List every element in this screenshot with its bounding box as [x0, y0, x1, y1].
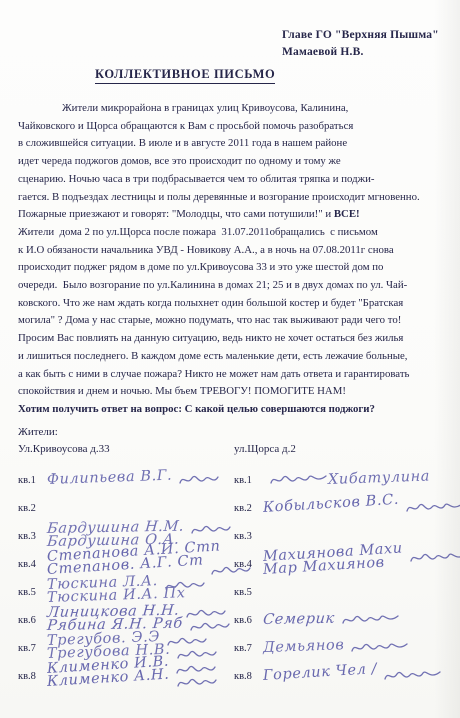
apartment-label: кв.3 — [18, 531, 45, 542]
apartment-label: кв.1 — [234, 475, 261, 486]
signature-scribble — [177, 647, 221, 663]
column-header-schorsa: ул.Щорса д.2 — [234, 443, 450, 455]
signature-entry: Семерик — [263, 614, 400, 627]
apartment-label: кв.4 — [18, 559, 45, 570]
handwritten-signatures: Хибатулина — [263, 474, 430, 487]
signature-scribble — [342, 612, 400, 628]
signature-row: кв.1Филипьева В.Г. — [18, 466, 234, 494]
apartment-label: кв.2 — [234, 503, 261, 514]
handwritten-signatures: Кобыльсков В.С. — [263, 502, 460, 515]
letter-body: Жители микрорайона в границах улиц Криво… — [18, 100, 454, 419]
body-line-segment: Пожарные приезжают и говорят: "Молодцы, … — [18, 208, 334, 220]
letter-title: КОЛЛЕКТИВНОЕ ПИСЬМО — [95, 67, 275, 84]
body-line: могила" ? Дома у нас старые, можно подум… — [18, 312, 454, 330]
apartment-label: кв.6 — [234, 615, 261, 626]
body-line: происходит поджег рядом в доме по ул.Кри… — [18, 259, 454, 277]
signature-entry: Кобыльсков В.С. — [263, 502, 460, 515]
signature-row: кв.7Демьянов — [234, 634, 450, 662]
body-line: гается. В подъездах лестницы и полы дере… — [18, 189, 454, 207]
apartment-label: кв.5 — [18, 587, 45, 598]
apartment-label: кв.8 — [18, 671, 45, 682]
apartment-label: кв.6 — [18, 615, 45, 626]
body-line: очереди. Было возгорание по ул.Калинина … — [18, 277, 454, 295]
apartment-label: кв.4 — [234, 559, 261, 570]
body-line: в сложившейся ситуации. В июле и в авгус… — [18, 135, 454, 153]
signature-row: кв.2 — [18, 494, 234, 522]
body-line: Жители микрорайона в границах улиц Криво… — [18, 100, 454, 118]
signature-row: кв.6Семерик — [234, 606, 450, 634]
handwritten-signatures: Семерик — [263, 614, 400, 627]
signature-row: кв.1Хибатулина — [234, 466, 450, 494]
body-line: Просим Вас повлиять на данную ситуацию, … — [18, 330, 454, 348]
signature-rows-krivousova: кв.1Филипьева В.Г.кв.2кв.3Бардушина Н.М.… — [18, 466, 234, 690]
handwritten-name: Филипьева В.Г. — [47, 469, 173, 486]
signature-entry: Клименко А.Н. — [47, 676, 221, 689]
signature-rows-schorsa: кв.1Хибатулинакв.2Кобыльсков В.С.кв.3кв.… — [234, 466, 450, 690]
handwritten-name: Демьянов — [263, 639, 345, 655]
signature-scribble — [270, 472, 328, 488]
apartment-label: кв.2 — [18, 503, 45, 514]
residents-label: Жители: — [18, 426, 58, 438]
signature-column-0: Ул.Кривоусова д.33 кв.1Филипьева В.Г.кв.… — [18, 443, 234, 690]
signature-row: кв.4Махиянова МахиМар Махиянов — [234, 550, 450, 578]
scanned-letter-page: Главе ГО "Верхняя Пышма" Мамаевой Н.В. К… — [0, 0, 460, 718]
signature-scribble — [384, 668, 442, 684]
handwritten-signatures: Филипьева В.Г. — [47, 474, 223, 487]
signature-column-1: ул.Щорса д.2 кв.1Хибатулинакв.2Кобыльско… — [234, 443, 450, 690]
signature-scribble — [351, 640, 409, 656]
handwritten-name: Семерик — [262, 612, 335, 626]
recipient-line-1: Главе ГО "Верхняя Пышма" — [282, 27, 439, 44]
signature-row: кв.5 — [234, 578, 450, 606]
handwritten-name: Кобыльсков В.С. — [263, 493, 400, 514]
apartment-label: кв.3 — [234, 531, 261, 542]
signature-scribble — [190, 619, 234, 635]
body-line: Жители дома 2 по ул.Щорса после пожара 3… — [18, 224, 454, 242]
signature-entry: Демьянов — [263, 642, 409, 655]
body-line: идет череда поджогов домов, все это прои… — [18, 153, 454, 171]
signature-scribble — [179, 472, 223, 488]
signature-entry: Горелик Чел / — [263, 670, 442, 683]
signature-entry: Филипьева В.Г. — [47, 474, 223, 487]
signature-scribble — [177, 675, 221, 691]
apartment-label: кв.5 — [234, 587, 261, 598]
apartment-label: кв.7 — [18, 643, 45, 654]
body-line: и лишиться последнего. В каждом доме ест… — [18, 348, 454, 366]
body-line: Пожарные приезжают и говорят: "Молодцы, … — [18, 206, 454, 224]
apartment-label: кв.8 — [234, 671, 261, 682]
body-line-segment: ВСЕ! — [334, 208, 360, 220]
signature-row: кв.8Горелик Чел / — [234, 662, 450, 690]
signature-entry: Хибатулина — [263, 474, 430, 487]
body-line: сценарию. Ночью часа в три подбрасываетс… — [18, 171, 454, 189]
recipient-line-2: Мамаевой Н.В. — [282, 44, 439, 61]
handwritten-signatures: Горелик Чел / — [263, 670, 442, 683]
handwritten-signatures: Клименко И.В.Клименко А.Н. — [47, 663, 221, 689]
signature-scribble — [406, 500, 460, 516]
apartment-label: кв.7 — [234, 643, 261, 654]
handwritten-signatures: Тюскина Л.А.Тюскина И.А. Пх — [47, 579, 209, 605]
handwritten-name: Хибатулина — [328, 470, 430, 487]
handwritten-signatures: Махиянова МахиМар Махиянов — [263, 551, 460, 577]
handwritten-signatures: Демьянов — [263, 642, 409, 655]
column-header-krivousova: Ул.Кривоусова д.33 — [18, 443, 234, 455]
signature-row: кв.5Тюскина Л.А.Тюскина И.А. Пх — [18, 578, 234, 606]
recipient-block: Главе ГО "Верхняя Пышма" Мамаевой Н.В. — [282, 27, 439, 61]
apartment-label: кв.1 — [18, 475, 45, 486]
signature-entry: Мар Махиянов — [263, 564, 460, 577]
body-line: ковского. Что же нам ждать когда полыхне… — [18, 295, 454, 313]
signature-row: кв.8Клименко И.В.Клименко А.Н. — [18, 662, 234, 690]
handwritten-name: Горелик Чел / — [263, 663, 378, 683]
body-line: Хотим получить ответ на вопрос: С какой … — [18, 401, 454, 419]
signature-row: кв.2Кобыльсков В.С. — [234, 494, 450, 522]
body-line: Чайковского и Щорса обращаются к Вам с п… — [18, 118, 454, 136]
body-line: спокойствия и днем и ночью. Мы бъем ТРЕВ… — [18, 383, 454, 401]
body-line: к И.О обязаности начальника УВД - Новико… — [18, 242, 454, 260]
body-line: а как быть с ними в случае пожара? Никто… — [18, 366, 454, 384]
